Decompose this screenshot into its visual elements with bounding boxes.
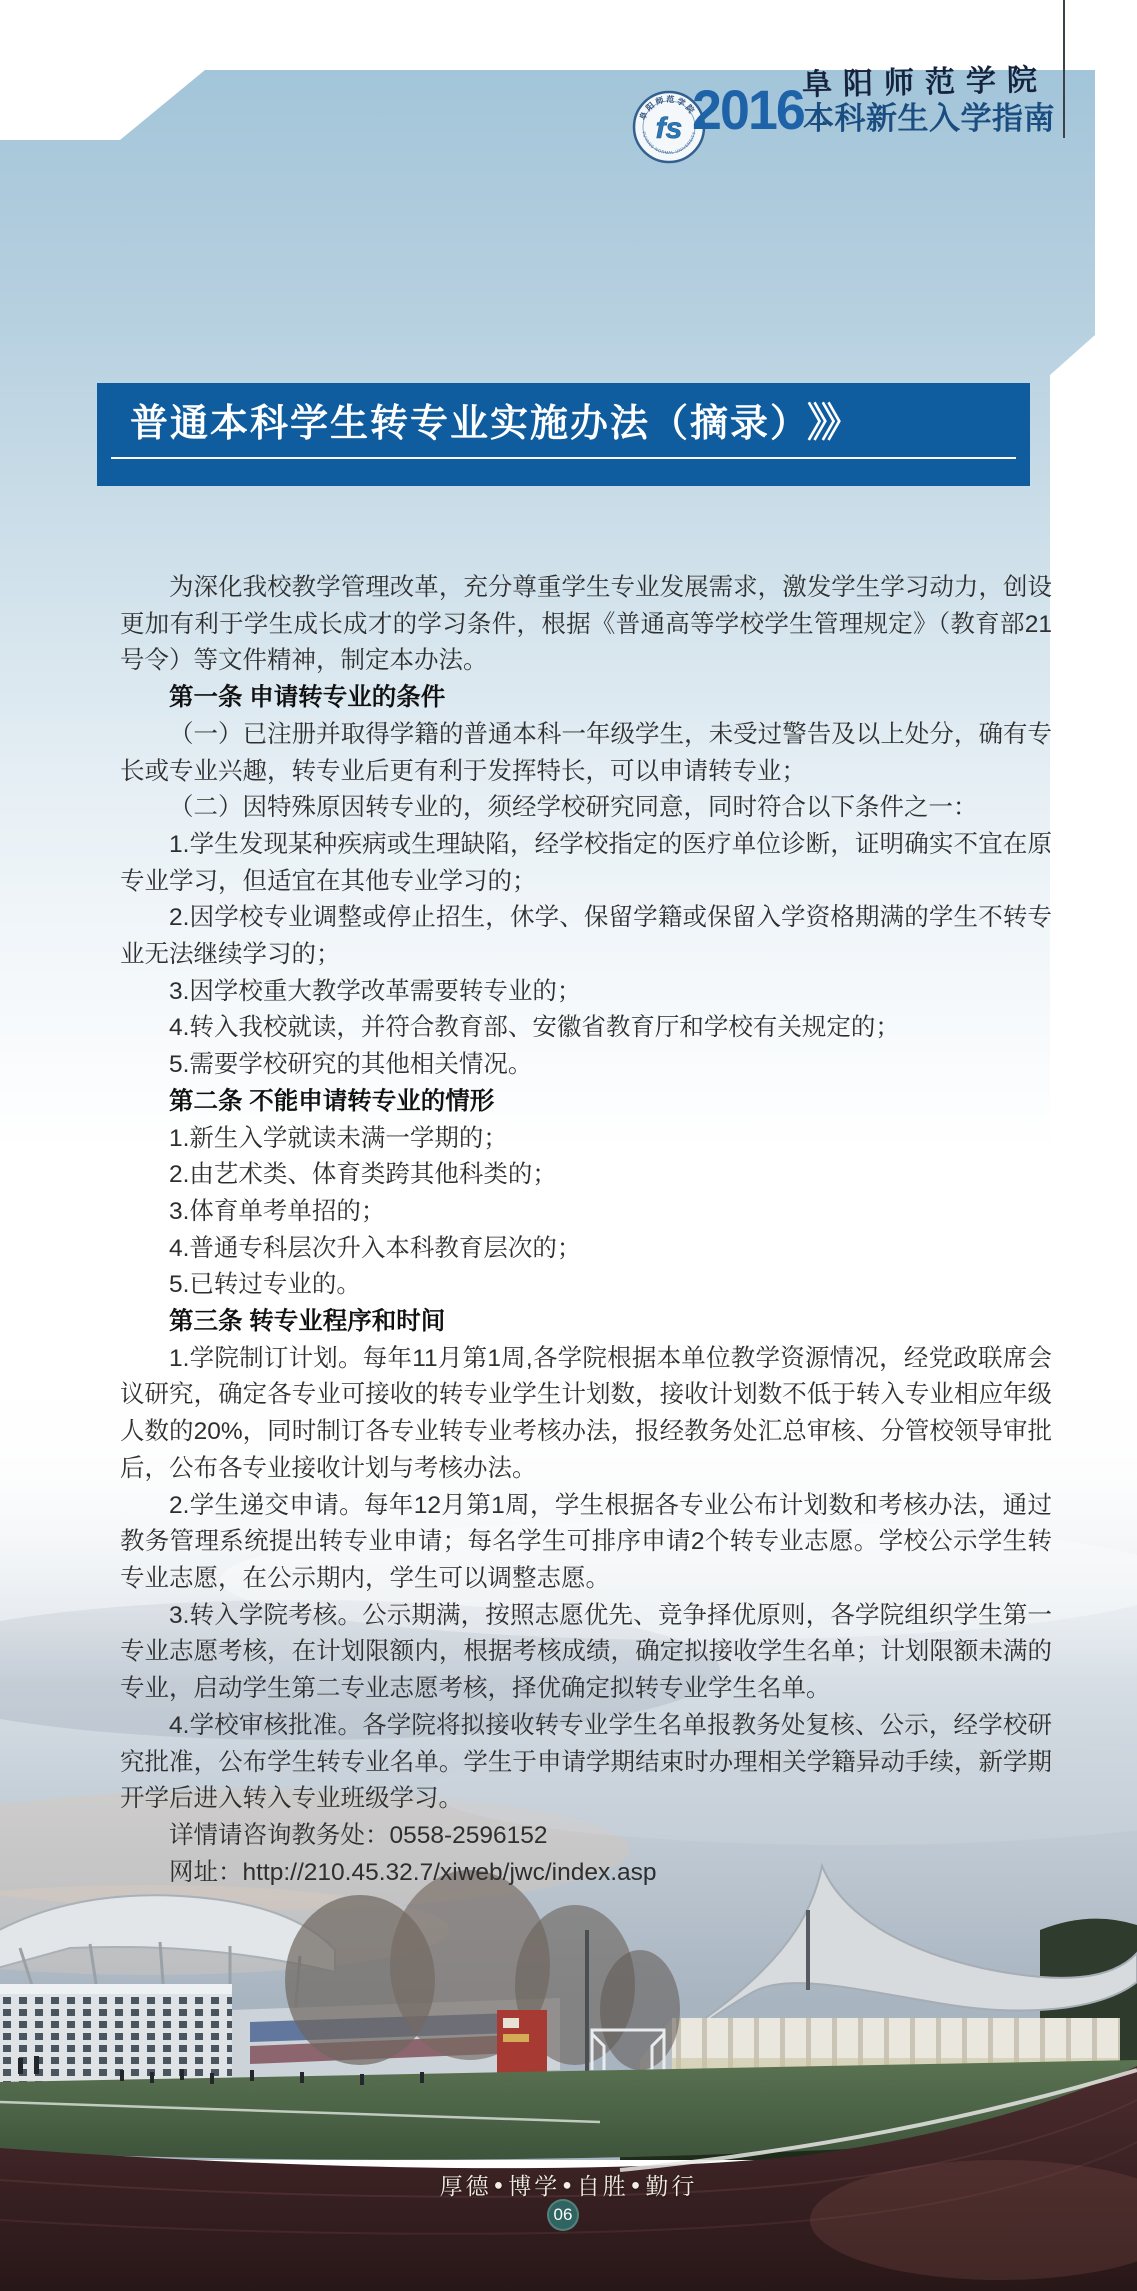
school-name-calligraphy: 阜阳师范学院 [802, 63, 1071, 103]
svg-text:fs: fs [656, 112, 683, 145]
paragraph: 5.需要学校研究的其他相关情况。 [120, 1047, 1052, 1084]
paragraph: 3.因学校重大教学改革需要转专业的； [120, 974, 1052, 1011]
paragraph: 4.普通专科层次升入本科教育层次的； [120, 1231, 1052, 1268]
paragraph: 4.学校审核批准。各学院将拟接收转专业学生名单报教务处复核、公示，经学校研究批准… [120, 1708, 1052, 1818]
section-banner: 普通本科学生转专业实施办法（摘录）》》 [97, 383, 1030, 486]
banner-underline [111, 457, 1016, 459]
paragraph: 1.学生发现某种疾病或生理缺陷，经学校指定的医疗单位诊断，证明确实不宜在原专业学… [120, 827, 1052, 900]
paragraph: 网址：http://210.45.32.7/xiweb/jwc/index.as… [120, 1855, 1052, 1892]
paragraph: 1.新生入学就读未满一学期的； [120, 1121, 1052, 1158]
banner-title-text: 普通本科学生转专业实施办法（摘录） [130, 403, 791, 445]
paragraph: 4.转入我校就读，并符合教育部、安徽省教育厅和学校有关规定的； [120, 1010, 1052, 1047]
paragraph: 2.因学校专业调整或停止招生，休学、保留学籍或保留入学资格期满的学生不转专业无法… [120, 900, 1052, 973]
paragraph: （二）因特殊原因转专业的，须经学校研究同意，同时符合以下条件之一： [120, 790, 1052, 827]
document-body: 为深化我校教学管理改革，充分尊重学生专业发展需求，激发学生学习动力，创设更加有利… [120, 570, 1052, 1891]
paragraph: 3.转入学院考核。公示期满，按照志愿优先、竞争择优原则，各学院组织学生第一专业志… [120, 1598, 1052, 1708]
header-year: 2016 [692, 84, 804, 136]
paragraph: 5.已转过专业的。 [120, 1267, 1052, 1304]
school-motto: 厚德•博学•自胜•勤行 [0, 2168, 1137, 2201]
page-number-badge: 06 [547, 2199, 579, 2231]
section-heading: 第三条 转专业程序和时间 [120, 1304, 1052, 1341]
paragraph: 为深化我校教学管理改革，充分尊重学生专业发展需求，激发学生学习动力，创设更加有利… [120, 570, 1052, 680]
paragraph: 2.由艺术类、体育类跨其他科类的； [120, 1157, 1052, 1194]
guide-page: 阜阳师范学院 FUYANG NORMAL UNIVERSITY fs 2016 … [0, 0, 1137, 2291]
section-heading: 第一条 申请转专业的条件 [120, 680, 1052, 717]
paragraph: 1.学院制订计划。每年11月第1周,各学院根据本单位教学资源情况，经党政联席会议… [120, 1341, 1052, 1488]
paragraph: 3.体育单考单招的； [120, 1194, 1052, 1231]
paragraph: （一）已注册并取得学籍的普通本科一年级学生，未受过警告及以上处分，确有专长或专业… [120, 717, 1052, 790]
section-heading: 第二条 不能申请转专业的情形 [120, 1084, 1052, 1121]
paragraph: 2.学生递交申请。每年12月第1周，学生根据各专业公布计划数和考核办法，通过教务… [120, 1488, 1052, 1598]
section-banner-title: 普通本科学生转专业实施办法（摘录）》》 [130, 401, 855, 446]
double-chevron-icon: 》》 [807, 401, 855, 445]
paragraph: 详情请咨询教务处：0558-2596152 [120, 1818, 1052, 1855]
header-guide-title: 本科新生入学指南 [803, 102, 1055, 136]
